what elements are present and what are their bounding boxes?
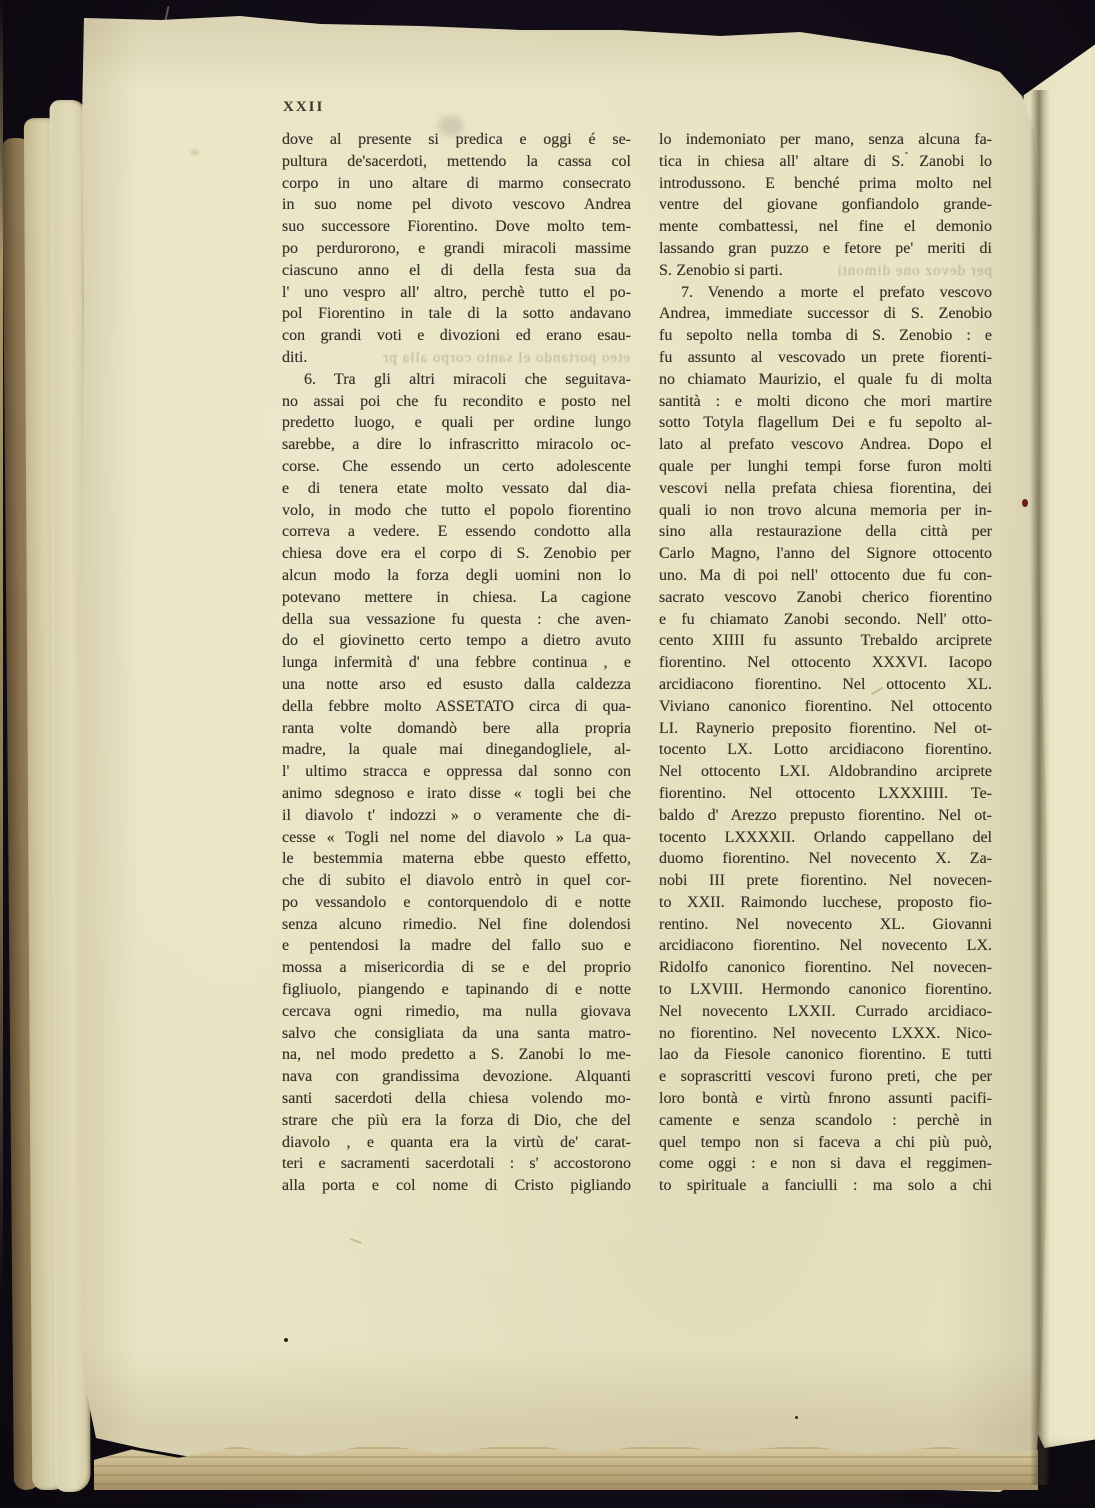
text-line: Nel novecento LXXII. Currado arcidiaco- — [659, 1001, 992, 1023]
text-line: il diavolo t' indozzi » o veramente che … — [282, 805, 631, 827]
text-line: po perdurorono, e grandi miracoli massim… — [282, 238, 631, 260]
text-line: po vessandolo e contorquendolo di e nott… — [282, 892, 631, 914]
text-line: uno. Ma di poi nell' ottocento due fu co… — [659, 565, 992, 587]
text-line: l' uno vespro all' altro, perchè tutto e… — [282, 282, 631, 304]
text-line: fiorentino. Nel ottocento XXXVI. Iacopo — [659, 652, 992, 674]
text-line: lao da Fiesole canonico fiorentino. E tu… — [659, 1044, 992, 1066]
text-line: lato al prefato vescovo Andrea. Dopo el — [659, 434, 992, 456]
text-line: tica in chiesa all' altare di S. Zanobi … — [659, 151, 992, 173]
text-line: quali io non trovo alcuna memoria per in… — [659, 500, 992, 522]
text-line: mente combattessi, nel fine el demonio — [659, 216, 992, 238]
text-line: sarebbe, a dire lo infrascritto miracolo… — [282, 434, 631, 456]
text-line: no assai poi che fu recondito e posto ne… — [282, 391, 631, 413]
text-line: animo sdegnoso e irato disse « togli bei… — [282, 783, 631, 805]
text-line: no chiamato Maurizio, el quale fu di mol… — [659, 369, 992, 391]
page-number: XXII — [283, 99, 324, 116]
text-line: dove al presente si predica e oggi é se- — [282, 129, 631, 151]
text-line: le bestemmia materna ebbe questo effetto… — [282, 848, 631, 870]
text-line: cercava ogni rimedio, ma nulla giovava — [282, 1001, 631, 1023]
text-line: madre, la quale mai dinegandogliele, al- — [282, 739, 631, 761]
text-line: ciascuno anno el di della festa sua da — [282, 260, 631, 282]
text-line: nava con grandissima devozione. Alquanti — [282, 1066, 631, 1088]
scanned-book-photo: XXII eteo portando el santo corpo alla p… — [0, 0, 1095, 1508]
text-line: strare che più era la forza di Dio, che … — [282, 1110, 631, 1132]
text-line: alla porta e col nome di Cristo pigliand… — [282, 1175, 631, 1197]
text-line: LI. Raynerio preposito fiorentino. Nel o… — [659, 718, 992, 740]
text-line: Ridolfo canonico fiorentino. Nel novecen… — [659, 957, 992, 979]
text-line: santità : e molti dicono che mori martir… — [659, 391, 992, 413]
text-line: Andrea, immediate successor di S. Zenobi… — [659, 303, 992, 325]
text-line: fu assunto al vescovado un prete fiorent… — [659, 347, 992, 369]
text-line: l' ultimo stracca e oppressa dal sonno c… — [282, 761, 631, 783]
text-line: loro bontà e virtù fnrono assunti pacifi… — [659, 1088, 992, 1110]
text-line: to spirituale a fanciulli : ma solo a ch… — [659, 1175, 992, 1197]
text-line: to LXVIII. Hermondo canonico fiorentino. — [659, 979, 992, 1001]
text-line: cesse « Togli nel nome del diavolo » La … — [282, 827, 631, 849]
text-line: tocento LX. Lotto arcidiacono fiorentino… — [659, 739, 992, 761]
text-line: chiesa dove era el corpo di S. Zenobio p… — [282, 543, 631, 565]
text-line: camente e senza scandolo : perchè in — [659, 1110, 992, 1132]
text-line: come oggi : e non si dava el reggimen- — [659, 1153, 992, 1175]
text-line: Carlo Magno, l'anno del Signore ottocent… — [659, 543, 992, 565]
text-line: no fiorentino. Nel novecento LXXX. Nico- — [659, 1023, 992, 1045]
text-line: potevano mettere in chiesa. La cagione — [282, 587, 631, 609]
text-line: introdussono. E benché prima molto nel — [659, 173, 992, 195]
text-line: volo, in modo che tutto el popolo fioren… — [282, 500, 631, 522]
text-line: corse. Che essendo un certo adolescente — [282, 456, 631, 478]
text-line: fu sepolto nella tomba di S. Zenobio : e — [659, 325, 992, 347]
text-line: quale per lunghi tempi forse furon molti — [659, 456, 992, 478]
text-line: lo indemoniato per mano, senza alcuna fa… — [659, 129, 992, 151]
text-line: predetto luogo, e quali per ordine lungo — [282, 412, 631, 434]
text-line: tocento LXXXXII. Orlando cappellano del — [659, 827, 992, 849]
text-line: corpo in uno altare di marmo consecrato — [282, 173, 631, 195]
text-line: mossa a misericordia di se e del proprio — [282, 957, 631, 979]
text-line: sino alla restaurazione della città per — [659, 521, 992, 543]
text-line: che di subito el diavolo entrò in quel c… — [282, 870, 631, 892]
text-line: vescovi nella prefata chiesa fiorentina,… — [659, 478, 992, 500]
text-line: na, nel modo predetto a S. Zanobi lo me- — [282, 1044, 631, 1066]
text-line: Nel ottocento LXI. Aldobrandino arcipret… — [659, 761, 992, 783]
printed-text-layer: XXII eteo portando el santo corpo alla p… — [0, 0, 1095, 1508]
text-line: quel tempo non si faceva a chi più può, — [659, 1132, 992, 1154]
text-line: rentino. Nel novecento XL. Giovanni — [659, 914, 992, 936]
text-line: ranta volte domandò bere alla propria — [282, 718, 631, 740]
text-line: della febbre molto ASSETATO circa di qua… — [282, 696, 631, 718]
text-line: diti. — [282, 347, 631, 369]
text-line: teri e sacramenti sacerdotali : s' accos… — [282, 1153, 631, 1175]
text-line: pultura de'sacerdoti, mettendo la cassa … — [282, 151, 631, 173]
text-line: diavolo , e quanta era la virtù de' cara… — [282, 1132, 631, 1154]
text-line: nobi III prete fiorentino. Nel novecen- — [659, 870, 992, 892]
text-line: e di tenera etate molto vessato dal dia- — [282, 478, 631, 500]
text-line: sacrato vescovo Zanobi cherico fiorentin… — [659, 587, 992, 609]
text-line: con grandi voti e divozioni ed erano esa… — [282, 325, 631, 347]
text-line: senza alcuno rimedio. Nel fine dolendosi — [282, 914, 631, 936]
text-line: 6. Tra gli altri miracoli che seguitava- — [282, 369, 631, 391]
text-column-left: dove al presente si predica e oggi é se-… — [282, 129, 631, 1197]
text-line: in suo nome pel divoto vescovo Andrea — [282, 194, 631, 216]
text-line: lassando gran puzzo e fetore pe' meriti … — [659, 238, 992, 260]
text-line: to XXII. Raimondo lucchese, proposto fio… — [659, 892, 992, 914]
text-line: e pentendosi la madre del fallo suo e — [282, 935, 631, 957]
text-line: e fu chiamato Zanobi secondo. Nell' otto… — [659, 609, 992, 631]
text-line: do el giovinetto certo tempo a dietro av… — [282, 630, 631, 652]
text-line: fiorentino. Nel ottocento LXXXIIII. Te- — [659, 783, 992, 805]
text-line: sotto Totyla flagellum Dei e fu sepolto … — [659, 412, 992, 434]
text-line: salvo che consigliata da una santa matro… — [282, 1023, 631, 1045]
text-line: figliuolo, piangendo e tapinando di e no… — [282, 979, 631, 1001]
text-line: una notte arso ed esusto dalla caldezza — [282, 674, 631, 696]
text-line: ventre del giovane gonfiandolo grande- — [659, 194, 992, 216]
text-line: arcidiacono fiorentino. Nel novecento LX… — [659, 935, 992, 957]
text-line: S. Zenobio si parti. — [659, 260, 992, 282]
text-line: Viviano canonico fiorentino. Nel ottocen… — [659, 696, 992, 718]
text-line: lunga infermità d' una febbre continua ,… — [282, 652, 631, 674]
text-line: pol Fiorentino in tale di la sotto andav… — [282, 303, 631, 325]
text-line: correva a vedere. E essendo condotto all… — [282, 521, 631, 543]
text-line: baldo d' Arezzo prepusto fiorentino. Nel… — [659, 805, 992, 827]
text-line: cento XIIII fu assunto Trebaldo arcipret… — [659, 630, 992, 652]
text-line: e soprascritti vescovi furono preti, che… — [659, 1066, 992, 1088]
text-column-right: lo indemoniato per mano, senza alcuna fa… — [659, 129, 992, 1197]
text-line: santi sacerdoti della chiesa volendo mo- — [282, 1088, 631, 1110]
text-line: della sua vessazione fu questa : che ave… — [282, 609, 631, 631]
text-line: suo successore Fiorentino. Dove molto te… — [282, 216, 631, 238]
text-line: arcidiacono fiorentino. Nel ottocento XL… — [659, 674, 992, 696]
text-line: duomo fiorentino. Nel novecento X. Za- — [659, 848, 992, 870]
text-line: 7. Venendo a morte el prefato vescovo — [659, 282, 992, 304]
text-line: alcun modo la forza degli uomini non lo — [282, 565, 631, 587]
